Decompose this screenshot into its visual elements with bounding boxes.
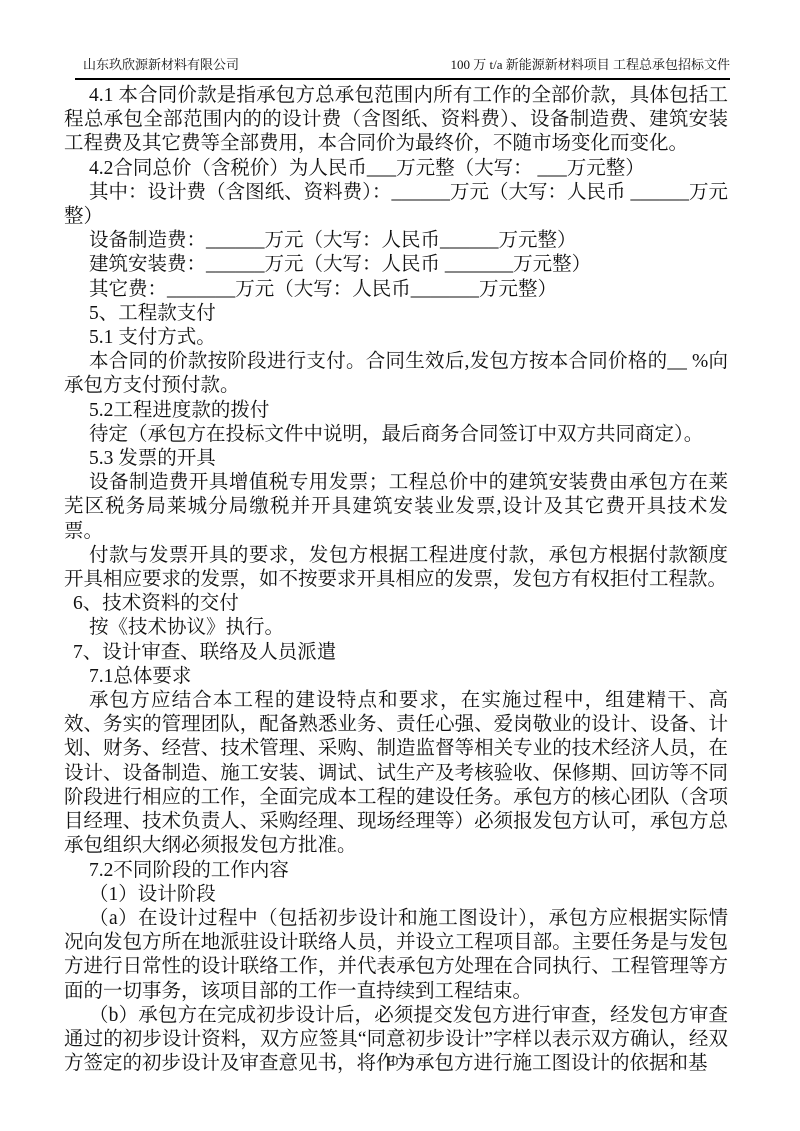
paragraph: 建筑安装费：______万元（大写：人民币 _______万元整） <box>64 253 728 277</box>
header-company-name: 山东玖欣源新材料有限公司 <box>75 57 239 72</box>
paragraph: 4.2合同总价（含税价）为人民币___万元整（大写： ___万元整） <box>64 157 728 181</box>
paragraph: 按《技术协议》执行。 <box>64 616 728 640</box>
paragraph: 设备制造费开具增值税专用发票；工程总价中的建筑安装费由承包方在莱芜区税务局莱城分… <box>64 471 728 544</box>
paragraph: （a）在设计过程中（包括初步设计和施工图设计），承包方应根据实际情况向发包方所在… <box>64 907 728 1004</box>
paragraph: 承包方应结合本工程的建设特点和要求，在实施过程中，组建精干、高效、务实的管理团队… <box>64 689 728 858</box>
paragraph: 4.1 本合同价款是指承包方总承包范围内所有工作的全部价款，具体包括工程总承包全… <box>64 84 728 157</box>
page-header: 山东玖欣源新材料有限公司 100 万 t/a 新能源新材料项目 工程总承包招标文… <box>75 57 730 80</box>
paragraph: 7.2不同阶段的工作内容 <box>64 859 728 883</box>
paragraph: 其它费：_______万元（大写：人民币_______万元整） <box>64 278 728 302</box>
paragraph: 5、工程款支付 <box>64 302 728 326</box>
document-page: 山东玖欣源新材料有限公司 100 万 t/a 新能源新材料项目 工程总承包招标文… <box>0 0 800 1131</box>
paragraph: 6、技术资料的交付 <box>64 592 728 616</box>
document-body: 4.1 本合同价款是指承包方总承包范围内所有工作的全部价款，具体包括工程总承包全… <box>64 84 728 1076</box>
paragraph: 7、设计审查、联络及人员派遣 <box>64 641 728 665</box>
paragraph: 7.1总体要求 <box>64 665 728 689</box>
header-project-title: 100 万 t/a 新能源新材料项目 工程总承包招标文件 <box>451 57 731 72</box>
paragraph: 5.1 支付方式。 <box>64 326 728 350</box>
paragraph: 付款与发票开具的要求，发包方根据工程进度付款，承包方根据付款额度开具相应要求的发… <box>64 544 728 592</box>
page-number: 10 / 3 <box>386 1054 414 1068</box>
paragraph: 其中：设计费（含图纸、资料费）：______万元（大写：人民币 ______万元… <box>64 181 728 229</box>
paragraph: 5.2工程进度款的拨付 <box>64 399 728 423</box>
page-footer: 10 / 3 <box>0 1054 800 1069</box>
paragraph: 设备制造费：______万元（大写：人民币______万元整） <box>64 229 728 253</box>
paragraph: 待定（承包方在投标文件中说明，最后商务合同签订中双方共同商定）。 <box>64 423 728 447</box>
paragraph: （1）设计阶段 <box>64 883 728 907</box>
paragraph: 5.3 发票的开具 <box>64 447 728 471</box>
paragraph: 本合同的价款按阶段进行支付。合同生效后,发包方按本合同价格的__ %向承包方支付… <box>64 350 728 398</box>
